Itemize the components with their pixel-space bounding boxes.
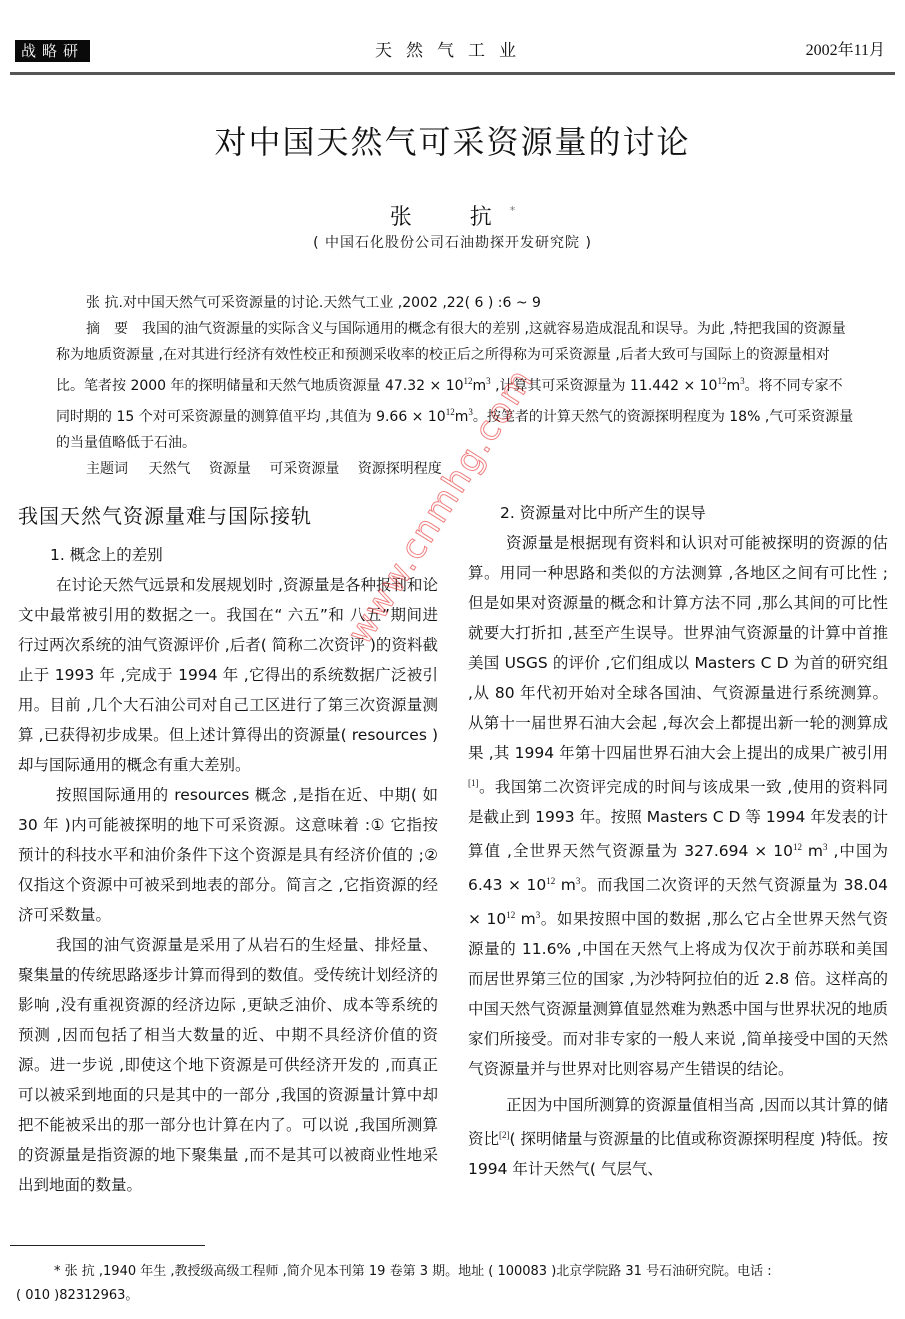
superscript: 12 — [464, 376, 473, 386]
superscript: 12 — [446, 407, 455, 417]
running-header: 战略研讨 天然气工业 2002年11月 — [0, 0, 905, 80]
subsection-heading: 2. 资源量对比中所产生的误导 — [468, 498, 888, 528]
body-paragraph: 我国的油气资源量是采用了从岩石的生烃量、排烃量、聚集量的传统思路逐步计算而得到的… — [18, 930, 438, 1200]
footnote-line: ( 010 )82312963。 — [16, 1284, 892, 1308]
reference-marker: [2] — [499, 1130, 510, 1140]
paragraph-text: 资源量是根据现有资料和认识对可能被探明的资源的估算。用同一种思路和类似的方法测算… — [468, 534, 888, 762]
keyword: 资源探明程度 — [358, 461, 442, 477]
subsection-heading: 1. 概念上的差别 — [18, 540, 438, 570]
author-line: 张 抗* — [0, 196, 905, 233]
author-footnote: * 张 抗 ,1940 年生 ,教授级高级工程师 ,简介见本刊第 19 卷第 3… — [16, 1260, 892, 1308]
article-title: 对中国天然气可采资源量的讨论 — [0, 120, 905, 164]
superscript: 12 — [546, 876, 555, 886]
keyword: 可采资源量 — [269, 461, 339, 477]
unit: m — [802, 842, 823, 860]
abstract-label: 摘 要 — [86, 321, 128, 337]
abstract-text-part: m — [726, 378, 740, 394]
footnote-divider — [10, 1245, 205, 1246]
keyword: 天然气 — [148, 461, 190, 477]
section-heading: 我国天然气资源量难与国际接轨 — [18, 498, 438, 534]
paragraph-text: 。如果按照中国的数据 ,那么它占全世界天然气资源量的 11.6% ,中国在天然气… — [468, 910, 888, 1078]
abstract-text-part: m — [473, 378, 487, 394]
paragraph-text: ( 探明储量与资源量的比值或称资源探明程度 )特低。按 1994 年计天然气( … — [468, 1130, 888, 1178]
superscript: 12 — [793, 842, 802, 852]
author-name: 张 抗 — [390, 205, 510, 230]
superscript: 12 — [506, 910, 515, 920]
issue-date: 2002年11月 — [806, 40, 885, 62]
body-paragraph: 正因为中国所测算的资源量值相当高 ,因而以其计算的储资比[2]( 探明储量与资源… — [468, 1090, 888, 1184]
citation-line: 张 抗.对中国天然气可采资源量的讨论.天然气工业 ,2002 ,22( 6 ) … — [56, 290, 856, 316]
author-footnote-mark: * — [510, 204, 516, 217]
abstract-text: 摘 要我国的油气资源量的实际含义与国际通用的概念有很大的差别 ,这就容易造成混乱… — [56, 316, 856, 456]
header-divider — [10, 72, 895, 75]
keywords-label: 主题词 — [86, 461, 128, 477]
keyword: 资源量 — [209, 461, 251, 477]
abstract-text-part: m — [455, 409, 469, 425]
right-column: 2. 资源量对比中所产生的误导 资源量是根据现有资料和认识对可能被探明的资源的估… — [468, 498, 888, 1184]
footnote-line: * 张 抗 ,1940 年生 ,教授级高级工程师 ,简介见本刊第 19 卷第 3… — [16, 1260, 892, 1284]
unit: m — [555, 876, 576, 894]
body-paragraph: 资源量是根据现有资料和认识对可能被探明的资源的估算。用同一种思路和类似的方法测算… — [468, 528, 888, 1084]
body-paragraph: 按照国际通用的 resources 概念 ,是指在近、中期( 如 30 年 )内… — [18, 780, 438, 930]
author-affiliation: ( 中国石化股份公司石油勘探开发研究院 ) — [0, 232, 905, 254]
journal-name: 天然气工业 — [0, 40, 905, 62]
reference-marker: [1] — [468, 778, 479, 788]
unit: m — [515, 910, 536, 928]
